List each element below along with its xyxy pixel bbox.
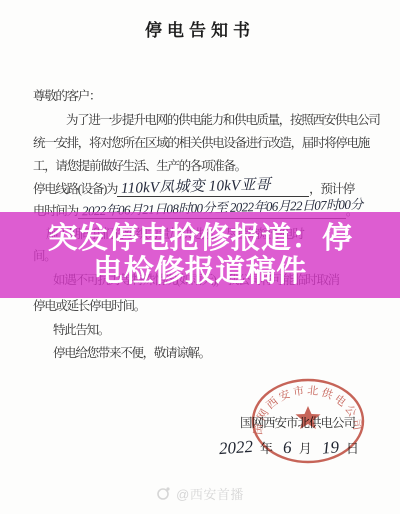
closing-line: 特此告知。 — [53, 320, 109, 338]
paragraph-line: 工，请您提前做好生活、生产的各项准备。 — [33, 156, 246, 174]
official-seal-stamp: 国网西安市北供电公司 — [248, 376, 370, 468]
watermark-handle: @西安首播 — [176, 484, 244, 503]
paragraph-line: 统一安排，将对您所在区域的相关供电设备进行改造，届时将停电施 — [33, 133, 369, 151]
power-outage-notice-photo: 停电告知书 尊敬的客户： 为了进一步提升电网的供电能力和供电质量，按照西安供电公… — [0, 0, 400, 514]
paragraph-line: 为了进一步提升电网的供电能力和供电质量，按照西安供电公司 — [66, 110, 380, 128]
salutation: 尊敬的客户： — [33, 86, 100, 104]
watermark-logo-icon — [156, 486, 171, 501]
closing-line: 停电给您带来不便，敬请谅解。 — [53, 343, 210, 361]
headline-line-2: 电检修报道稿件 — [93, 255, 307, 288]
watermark: @西安首播 — [0, 484, 400, 503]
force-majeure-line: 停电或延长停电时间。 — [33, 296, 145, 314]
seal-star-icon — [296, 406, 321, 429]
circuit-label: 停电线路(设备)为 — [33, 182, 117, 196]
circuit-handwriting: 110kV凤城变 10kV亚哥 — [121, 173, 271, 198]
headline-line-1: 突发停电抢修报道：停 — [48, 222, 353, 255]
headline-overlay-band: 突发停电抢修报道：停 电检修报道稿件 — [0, 212, 400, 298]
notice-title: 停电告知书 — [0, 16, 400, 41]
